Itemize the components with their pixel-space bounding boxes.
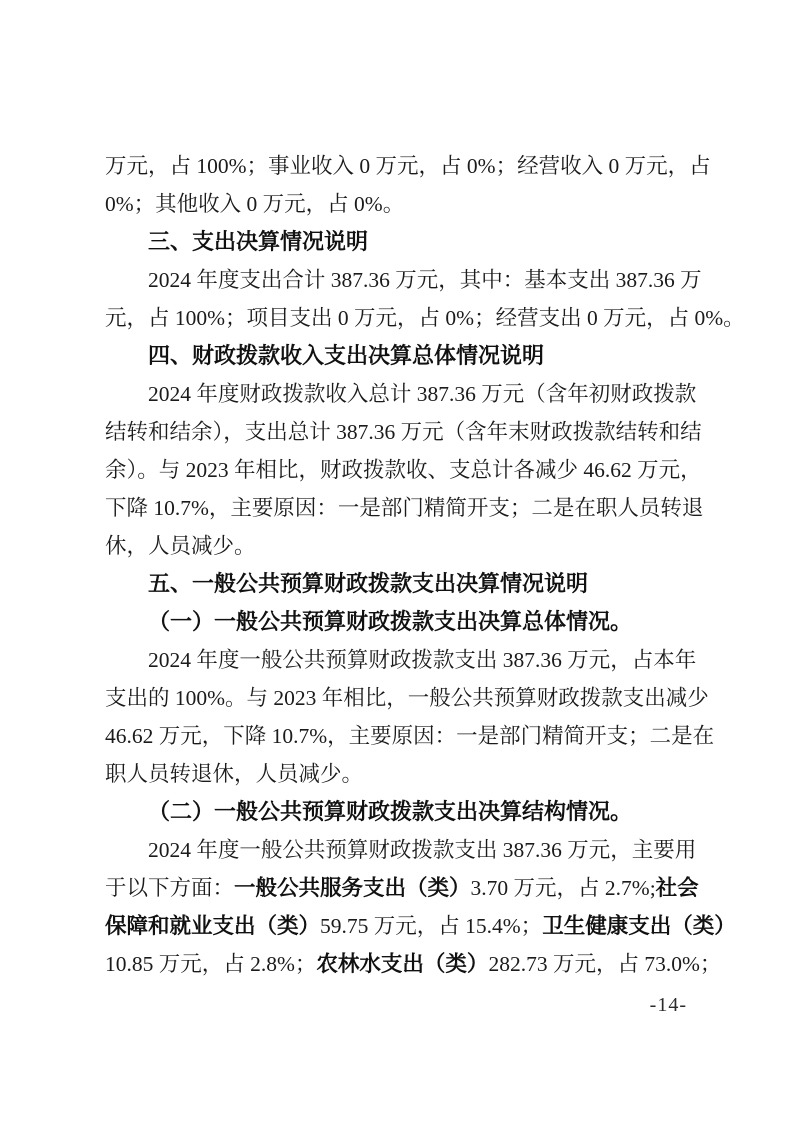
sub-section-heading: （二）一般公共预算财政拨款支出决算结构情况。 bbox=[105, 793, 691, 831]
text-segment: 职人员转退休，人员减少。 bbox=[105, 762, 363, 786]
bold-text-segment: （一）一般公共预算财政拨款支出决算总体情况。 bbox=[148, 609, 632, 634]
text-segment: 59.75 万元，占 15.4%； bbox=[320, 914, 542, 938]
text-segment: 2024 年度支出合计 387.36 万元，其中：基本支出 387.36 万 bbox=[148, 268, 702, 292]
text-segment: 0%；其他收入 0 万元，占 0%。 bbox=[105, 192, 404, 216]
text-segment: 余）。与 2023 年相比，财政拨款收、支总计各减少 46.62 万元， bbox=[105, 458, 702, 482]
page-number: -14- bbox=[650, 994, 687, 1016]
text-line: 2024 年度一般公共预算财政拨款支出 387.36 万元，占本年 bbox=[105, 641, 691, 679]
text-line: 46.62 万元，下降 10.7%，主要原因：一是部门精简开支；二是在 bbox=[105, 717, 691, 755]
bold-text-segment: 四、财政拨款收入支出决算总体情况说明 bbox=[148, 343, 544, 368]
text-line: 2024 年度财政拨款收入总计 387.36 万元（含年初财政拨款 bbox=[105, 375, 691, 413]
text-segment: 282.73 万元，占 73.0%； bbox=[488, 952, 721, 976]
text-segment: 于以下方面： bbox=[105, 876, 234, 900]
text-line: 保障和就业支出（类）59.75 万元，占 15.4%；卫生健康支出（类） bbox=[105, 907, 691, 945]
section-heading: 三、支出决算情况说明 bbox=[105, 223, 691, 261]
text-line: 0%；其他收入 0 万元，占 0%。 bbox=[105, 185, 691, 223]
bold-text-segment: 农林水支出（类） bbox=[316, 952, 488, 976]
document-body: 万元，占 100%；事业收入 0 万元，占 0%；经营收入 0 万元，占0%；其… bbox=[105, 147, 691, 983]
text-line: 余）。与 2023 年相比，财政拨款收、支总计各减少 46.62 万元， bbox=[105, 451, 691, 489]
text-line: 支出的 100%。与 2023 年相比，一般公共预算财政拨款支出减少 bbox=[105, 679, 691, 717]
text-segment: 结转和结余），支出总计 387.36 万元（含年末财政拨款结转和结 bbox=[105, 420, 702, 444]
text-segment: 2024 年度一般公共预算财政拨款支出 387.36 万元，主要用 bbox=[148, 838, 696, 862]
text-line: 结转和结余），支出总计 387.36 万元（含年末财政拨款结转和结 bbox=[105, 413, 691, 451]
text-segment: 2024 年度财政拨款收入总计 387.36 万元（含年初财政拨款 bbox=[148, 382, 696, 406]
bold-text-segment: 社会 bbox=[656, 876, 699, 900]
section-heading: 四、财政拨款收入支出决算总体情况说明 bbox=[105, 337, 691, 375]
text-line: 10.85 万元，占 2.8%；农林水支出（类）282.73 万元，占 73.0… bbox=[105, 945, 691, 983]
bold-text-segment: 一般公共服务支出（类） bbox=[234, 876, 471, 900]
section-heading: 五、一般公共预算财政拨款支出决算情况说明 bbox=[105, 565, 691, 603]
text-segment: 下降 10.7%，主要原因：一是部门精简开支；二是在职人员转退 bbox=[105, 496, 703, 520]
bold-text-segment: 三、支出决算情况说明 bbox=[148, 229, 368, 254]
text-line: 职人员转退休，人员减少。 bbox=[105, 755, 691, 793]
text-line: 2024 年度支出合计 387.36 万元，其中：基本支出 387.36 万 bbox=[105, 261, 691, 299]
text-line: 元，占 100%；项目支出 0 万元，占 0%；经营支出 0 万元，占 0%。 bbox=[105, 299, 691, 337]
text-segment: 休，人员减少。 bbox=[105, 534, 256, 558]
text-segment: 元，占 100%；项目支出 0 万元，占 0%；经营支出 0 万元，占 0%。 bbox=[105, 306, 745, 330]
text-segment: 10.85 万元，占 2.8%； bbox=[105, 952, 316, 976]
document-page: 万元，占 100%；事业收入 0 万元，占 0%；经营收入 0 万元，占0%；其… bbox=[0, 0, 793, 1122]
text-line: 休，人员减少。 bbox=[105, 527, 691, 565]
text-segment: 支出的 100%。与 2023 年相比，一般公共预算财政拨款支出减少 bbox=[105, 686, 709, 710]
text-segment: 2024 年度一般公共预算财政拨款支出 387.36 万元，占本年 bbox=[148, 648, 696, 672]
sub-section-heading: （一）一般公共预算财政拨款支出决算总体情况。 bbox=[105, 603, 691, 641]
text-segment: 万元，占 100%；事业收入 0 万元，占 0%；经营收入 0 万元，占 bbox=[105, 154, 711, 178]
text-segment: 46.62 万元，下降 10.7%，主要原因：一是部门精简开支；二是在 bbox=[105, 724, 714, 748]
bold-text-segment: 保障和就业支出（类） bbox=[105, 914, 320, 938]
bold-text-segment: 五、一般公共预算财政拨款支出决算情况说明 bbox=[148, 571, 588, 596]
text-line: 万元，占 100%；事业收入 0 万元，占 0%；经营收入 0 万元，占 bbox=[105, 147, 691, 185]
bold-text-segment: （二）一般公共预算财政拨款支出决算结构情况。 bbox=[148, 799, 632, 824]
text-line: 2024 年度一般公共预算财政拨款支出 387.36 万元，主要用 bbox=[105, 831, 691, 869]
text-segment: 3.70 万元，占 2.7%; bbox=[471, 876, 656, 900]
text-line: 下降 10.7%，主要原因：一是部门精简开支；二是在职人员转退 bbox=[105, 489, 691, 527]
text-line: 于以下方面：一般公共服务支出（类）3.70 万元，占 2.7%;社会 bbox=[105, 869, 691, 907]
bold-text-segment: 卫生健康支出（类） bbox=[542, 914, 736, 938]
